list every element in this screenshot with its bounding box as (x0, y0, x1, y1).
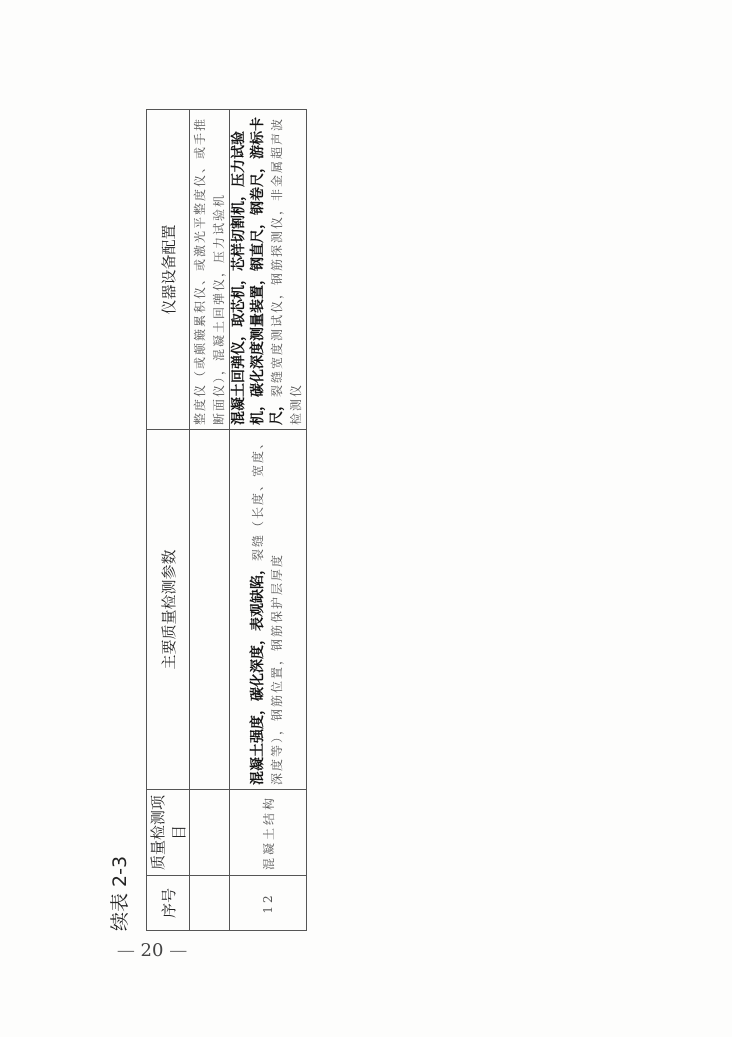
header-no: 序号 (147, 876, 190, 931)
equipment-text: 整度仪（或颠簸累积仪、或激光平整度仪、或手推断面仪），混凝土回弹仪，压力试验机 (193, 117, 226, 425)
header-item: 质量检测项目 (147, 790, 190, 876)
quality-inspection-table: 序号 质量检测项目 主要质量检测参数 仪器设备配置 整度仪（或颠簸累积仪、或激光… (146, 109, 307, 931)
equipment-normal-text: 裂缝宽度测试仪，钢筋探测仪，非金属超声波检测仪 (270, 117, 303, 425)
cell-no: 12 (230, 876, 307, 931)
cell-params (190, 430, 230, 790)
table-header-row: 序号 质量检测项目 主要质量检测参数 仪器设备配置 (147, 110, 190, 931)
header-equipment: 仪器设备配置 (147, 110, 190, 430)
cell-params: 混凝土强度，碳化深度，表观缺陷，裂缝（长度、宽度、深度等），钢筋位置，钢筋保护层… (230, 430, 307, 790)
rotated-table-frame: 序号 质量检测项目 主要质量检测参数 仪器设备配置 整度仪（或颠簸累积仪、或激光… (146, 110, 287, 931)
cell-equipment: 混凝土回弹仪，取芯机，芯样切割机，压力试验机，碳化深度测量装置，钢直尺，钢卷尺，… (230, 110, 307, 430)
dash-left: — (117, 940, 135, 961)
page-number: — 20 — (112, 940, 192, 961)
cell-item: 混凝土结构 (230, 790, 307, 876)
cell-no (190, 876, 230, 931)
cell-item (190, 790, 230, 876)
page-number-value: 20 (141, 940, 164, 961)
cell-equipment: 整度仪（或颠簸累积仪、或激光平整度仪、或手推断面仪），混凝土回弹仪，压力试验机 (190, 110, 230, 430)
table-caption: 续表 2-3 (107, 811, 133, 931)
dash-right: — (169, 940, 187, 961)
table-row: 12 混凝土结构 混凝土强度，碳化深度，表观缺陷，裂缝（长度、宽度、深度等），钢… (230, 110, 307, 931)
header-params: 主要质量检测参数 (147, 430, 190, 790)
params-bold-text: 混凝土强度，碳化深度，表观缺陷， (250, 561, 266, 785)
table-row: 整度仪（或颠簸累积仪、或激光平整度仪、或手推断面仪），混凝土回弹仪，压力试验机 (190, 110, 230, 931)
